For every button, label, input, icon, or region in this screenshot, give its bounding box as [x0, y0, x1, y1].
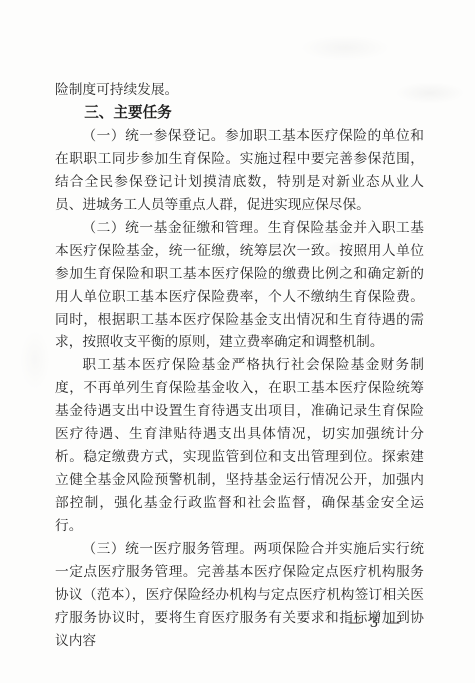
scanned-document-page: 险制度可持续发展。 三、主要任务 （一）统一参保登记。参加职工基本医疗保险的单位… [0, 0, 475, 683]
paragraph-fund-finance: 职工基本医疗保险基金严格执行社会保险基金财务制度，不再单列生育保险基金收入，在职… [55, 354, 424, 538]
paragraph-medical-service: （三）统一医疗服务管理。两项保险合并实施后实行统一定点医疗服务管理。完善基本医疗… [55, 538, 424, 653]
scan-smudge [300, 35, 390, 61]
paragraph-registration: （一）统一参保登记。参加职工基本医疗保险的单位和在职职工同步参加生育保险。实施过… [55, 125, 424, 217]
page-number: — 3 — [348, 613, 402, 633]
section-heading: 三、主要任务 [55, 102, 424, 125]
scan-smudge [20, 330, 50, 390]
paragraph-fund-collection: （二）统一基金征缴和管理。生育保险基金并入职工基本医疗保险基金，统一征缴，统筹层… [55, 217, 424, 355]
paragraph-continuation: 险制度可持续发展。 [55, 79, 424, 102]
document-body: 险制度可持续发展。 三、主要任务 （一）统一参保登记。参加职工基本医疗保险的单位… [55, 79, 424, 653]
